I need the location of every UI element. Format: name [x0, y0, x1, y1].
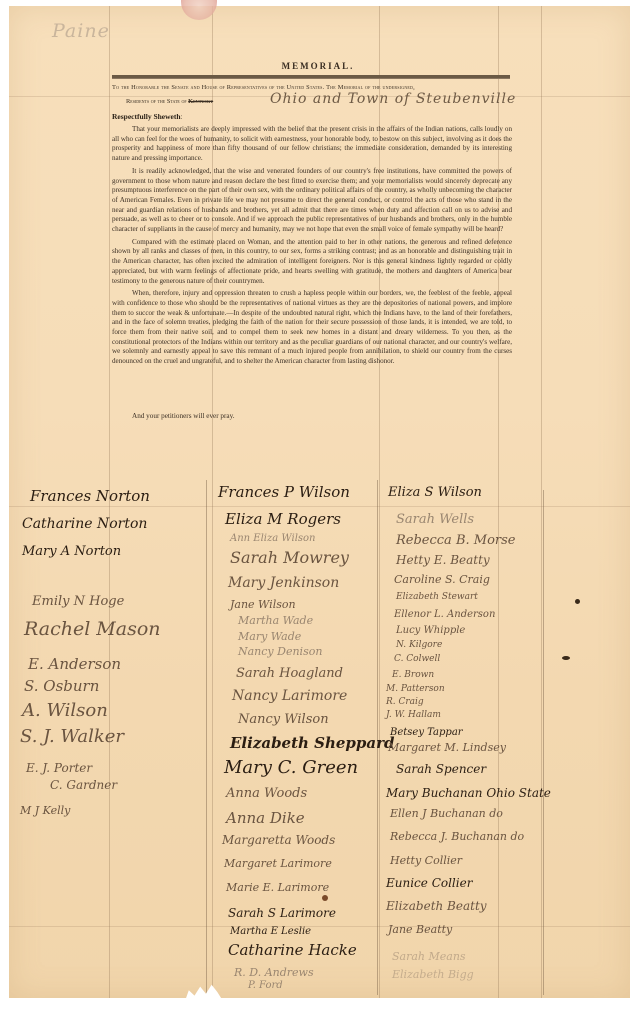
signature: S. Osburn	[24, 677, 99, 695]
signature: Jane Wilson	[230, 598, 296, 611]
signature: Eliza S Wilson	[388, 485, 482, 500]
signature: Mary Wade	[238, 630, 301, 643]
signature: Anna Woods	[226, 786, 307, 801]
signature: Rebecca J. Buchanan do	[390, 830, 524, 843]
signature: Nancy Larimore	[232, 688, 347, 704]
signature: Mary Jenkinson	[228, 575, 339, 591]
signature: Eliza M Rogers	[225, 510, 341, 528]
signature: Sarah Spencer	[396, 762, 486, 776]
signature: Elizabeth Beatty	[386, 899, 487, 913]
ink-blot	[322, 895, 328, 901]
residents-prefix: Residents of the State of	[126, 98, 187, 105]
signature: E. J. Porter	[26, 761, 92, 775]
paragraph: It is readily acknowledged, that the wis…	[112, 167, 512, 235]
signature: M. Patterson	[386, 684, 445, 694]
ink-blot	[575, 599, 580, 604]
paragraph: That your memorialists are deeply impres…	[112, 125, 512, 164]
signature: Emily N Hoge	[32, 594, 124, 609]
signature: Jane Beatty	[388, 923, 452, 936]
signature: Sarah Wells	[396, 512, 474, 527]
column-rule	[206, 480, 207, 995]
signature: R. D. Andrews	[234, 966, 314, 979]
residents-handwritten: Ohio and Town of Steubenville	[270, 91, 516, 107]
ink-blot	[562, 656, 570, 660]
signature: Caroline S. Craig	[394, 573, 490, 586]
signature: E. Anderson	[28, 655, 121, 673]
signature: Elizabeth Stewart	[396, 592, 478, 602]
signature: Hetty Collier	[390, 854, 462, 867]
title-rule	[112, 75, 510, 79]
signature: M J Kelly	[20, 804, 70, 817]
signature: Lucy Whipple	[396, 625, 465, 636]
signature: Rebecca B. Morse	[396, 533, 515, 548]
signature: Ellenor L. Anderson	[394, 609, 495, 620]
signature: Rachel Mason	[24, 618, 161, 640]
signature: C. Gardner	[50, 778, 117, 792]
signature: Nancy Wilson	[238, 712, 329, 727]
signature: Betsey Tappar	[390, 727, 463, 738]
signature: Margaretta Woods	[222, 833, 335, 847]
signature: R. Craig	[386, 697, 424, 707]
signature: S. J. Walker	[20, 726, 124, 747]
signature: A. Wilson	[22, 700, 108, 721]
signature: Catharine Norton	[22, 516, 147, 532]
signature: Mary Buchanan Ohio State	[386, 786, 551, 800]
address-line: To the Honorable the Senate and House of…	[112, 84, 512, 91]
signature: Sarah Hoagland	[236, 666, 343, 681]
signature: Ellen J Buchanan do	[390, 807, 503, 820]
residents-line: Residents of the State of Kentucky	[126, 98, 213, 105]
signature: Margaret Larimore	[224, 857, 332, 870]
column-rule	[543, 490, 544, 995]
signature: E. Brown	[392, 670, 434, 680]
signature: Margaret M. Lindsey	[388, 741, 506, 754]
paragraph: Compared with the estimate placed on Wom…	[112, 238, 512, 287]
signature: Frances Norton	[30, 487, 150, 505]
signature: Mary C. Green	[224, 757, 358, 778]
residents-struck-state: Kentucky	[188, 98, 213, 105]
signature: Elizabeth Sheppard	[230, 734, 395, 752]
signature: Anna Dike	[226, 809, 305, 827]
fold-line	[9, 926, 630, 927]
signature: Sarah Mowrey	[230, 548, 349, 567]
fold-line	[541, 6, 542, 998]
fold-line	[9, 506, 630, 507]
signature: Sarah S Larimore	[228, 906, 336, 920]
pencil-annotation: Paine	[52, 20, 110, 42]
signature: N. Kilgore	[396, 640, 442, 650]
memorial-body: That your memorialists are deeply impres…	[112, 125, 512, 370]
signature: Martha E Leslie	[230, 926, 311, 937]
salutation: Respectfully Shewethː	[112, 112, 183, 121]
signature: Marie E. Larimore	[226, 881, 329, 894]
paragraph: When, therefore, injury and oppression t…	[112, 289, 512, 367]
signature: Nancy Denison	[238, 645, 322, 658]
closing-line: And your petitioners will ever pray.	[132, 412, 235, 420]
signature: Sarah Means	[392, 950, 466, 963]
signature: Catharine Hacke	[228, 941, 357, 959]
document-title: MEMORIAL.	[0, 61, 636, 71]
signature: Frances P Wilson	[218, 483, 350, 501]
signature: P. Ford	[248, 980, 283, 991]
signature: C. Colwell	[394, 654, 440, 664]
signature: Mary A Norton	[22, 544, 121, 559]
signature: Eunice Collier	[386, 876, 472, 890]
signature: J. W. Hallam	[386, 710, 441, 720]
signature: Martha Wade	[238, 614, 313, 627]
signature: Hetty E. Beatty	[396, 553, 490, 567]
signature: Ann Eliza Wilson	[230, 533, 315, 544]
signature: Elizabeth Bigg	[392, 968, 474, 981]
